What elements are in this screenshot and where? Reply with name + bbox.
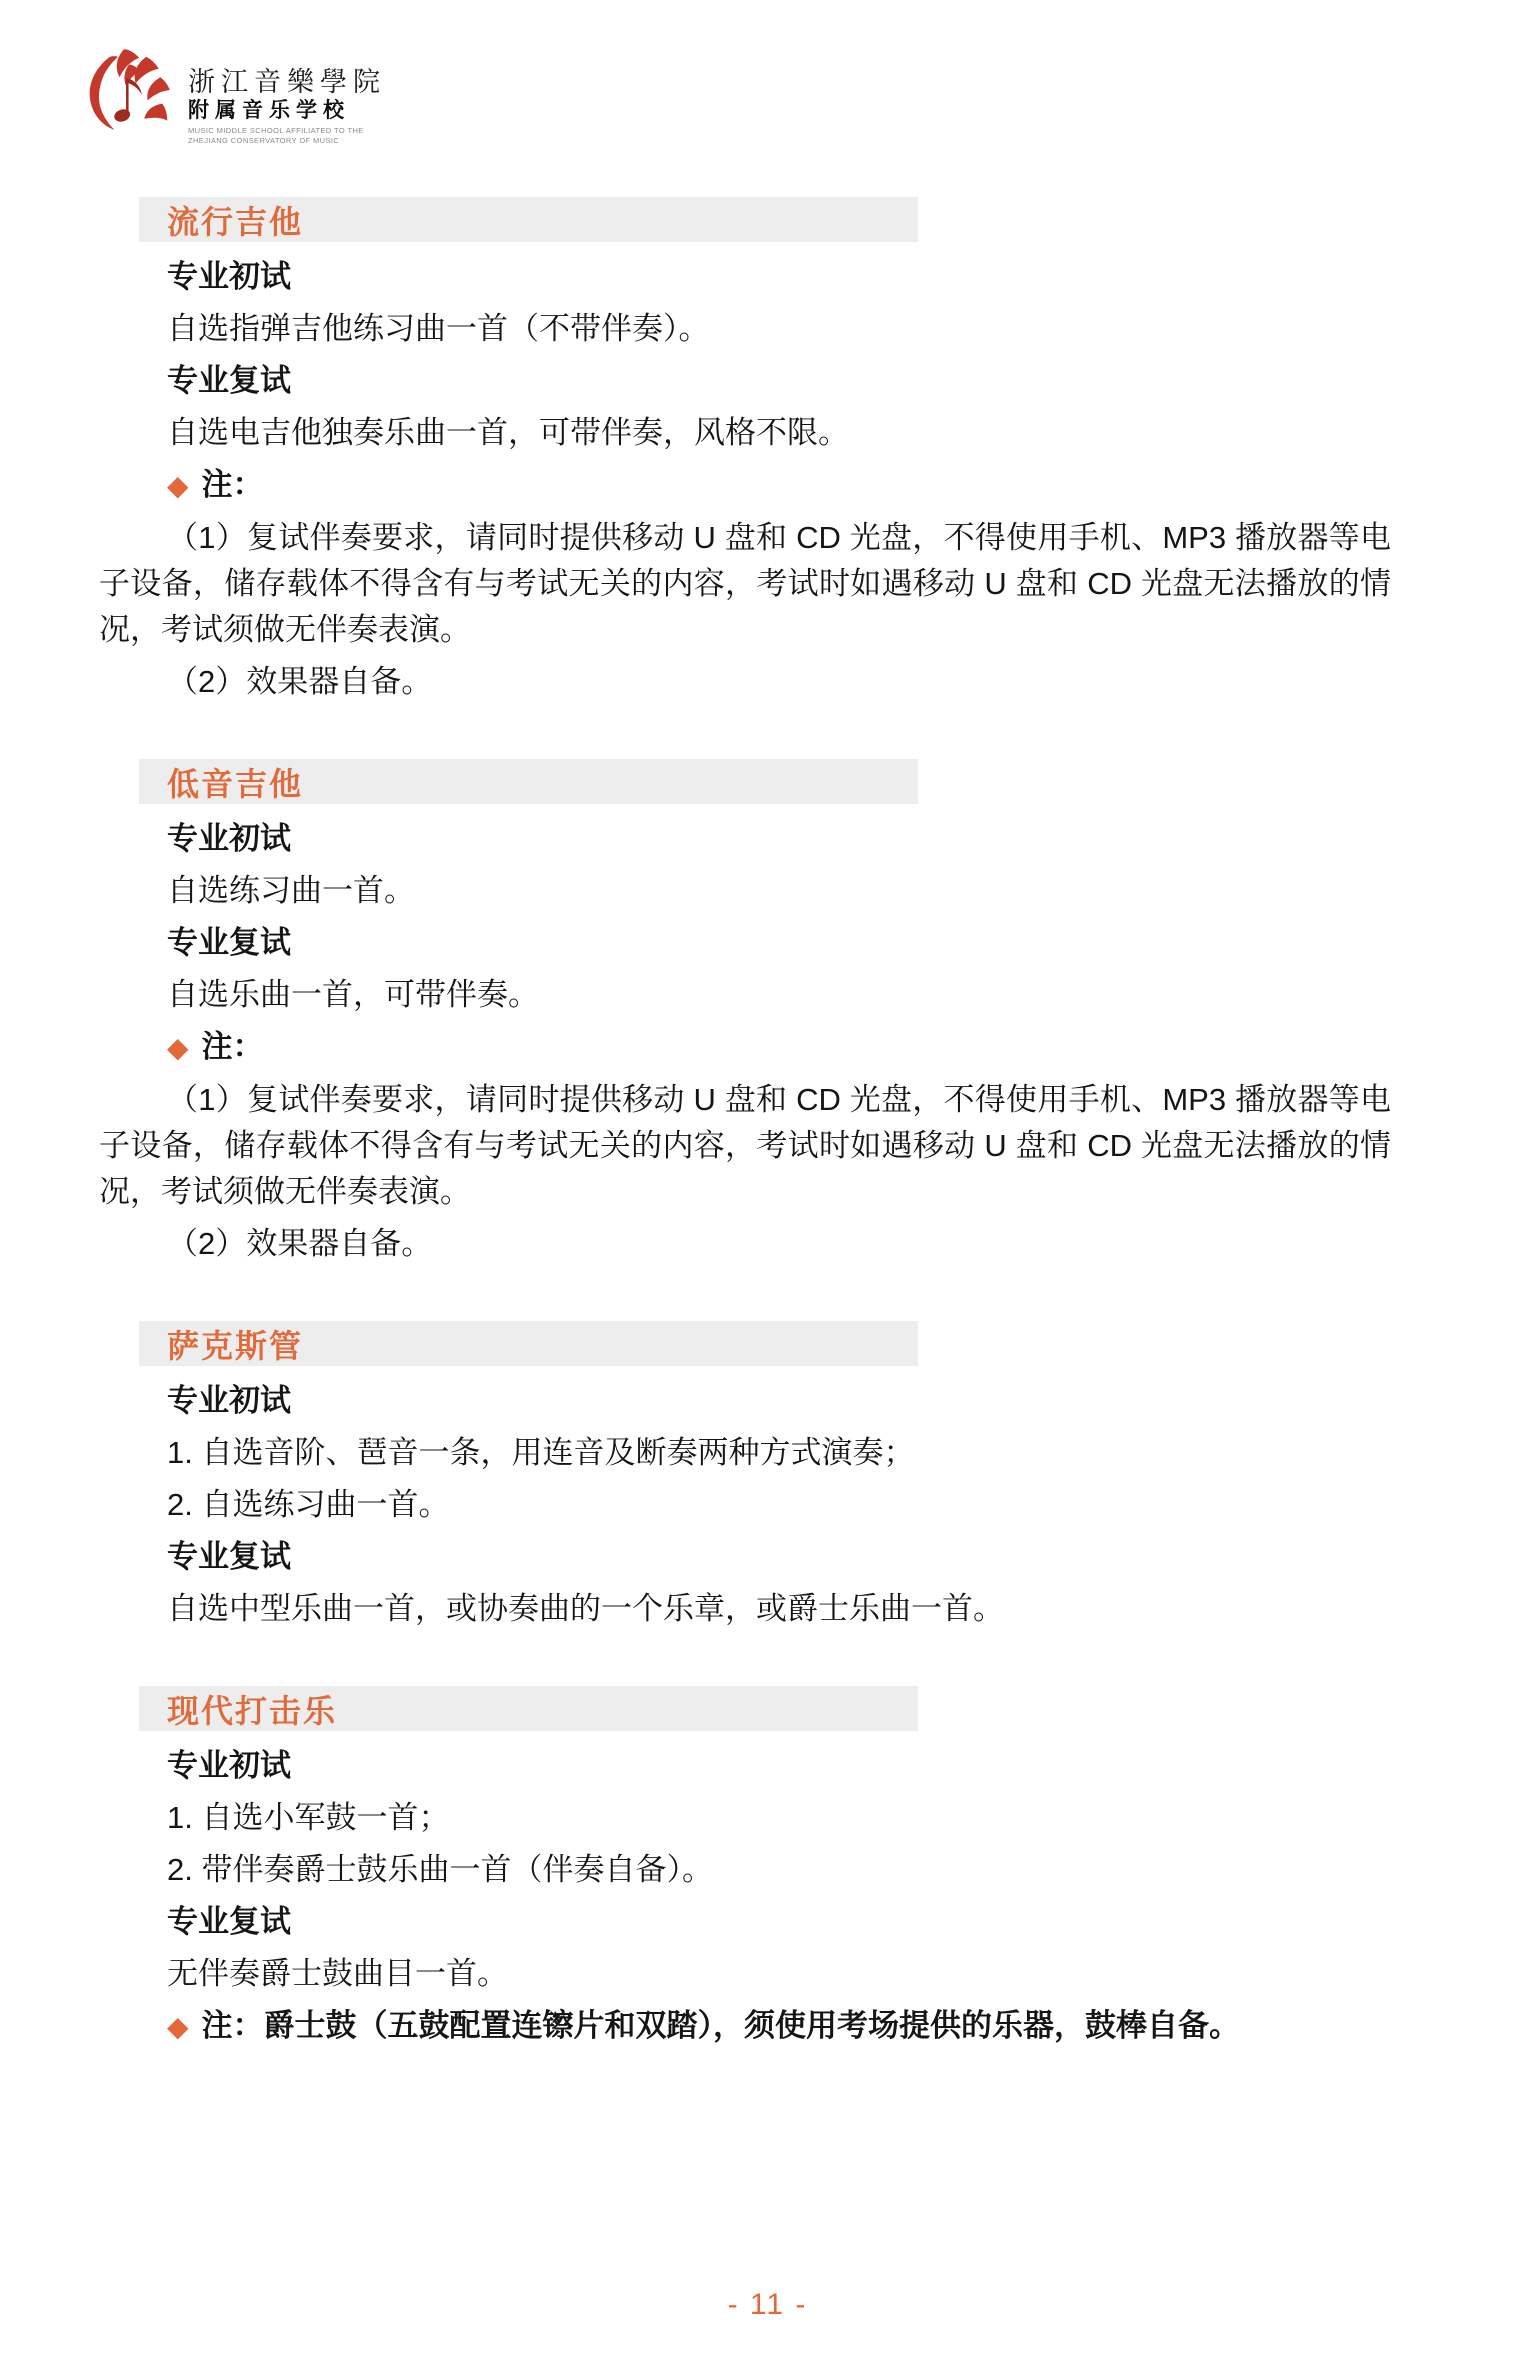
round2-label: 专业复试 [99,1899,1391,1945]
requirement-line: 自选中型乐曲一首，或协奏曲的一个乐章，或爵士乐曲一首。 [99,1586,1391,1632]
school-name-en: MUSIC MIDDLE SCHOOL AFFILIATED TO THE ZH… [188,126,386,145]
requirement-line: 自选指弹吉他练习曲一首（不带伴奏）。 [99,306,1391,352]
section-pop-guitar: 流行吉他 专业初试 自选指弹吉他练习曲一首（不带伴奏）。 专业复试 自选电吉他独… [99,197,1391,705]
section-title-bar: 现代打击乐 [139,1686,918,1731]
note-paragraph: （1）复试伴奏要求，请同时提供移动 U 盘和 CD 光盘，不得使用手机、MP3 … [99,515,1391,653]
round2-label: 专业复试 [99,920,1391,966]
round1-label: 专业初试 [99,254,1391,300]
exam-requirements-content: 流行吉他 专业初试 自选指弹吉他练习曲一首（不带伴奏）。 专业复试 自选电吉他独… [99,197,1391,2104]
section-body: 专业初试 1. 自选音阶、琶音一条，用连音及断奏两种方式演奏； 2. 自选练习曲… [99,1378,1391,1632]
section-title-bar: 低音吉他 [139,759,918,804]
section-body: 专业初试 1. 自选小军鼓一首； 2. 带伴奏爵士鼓乐曲一首（伴奏自备）。 专业… [99,1743,1391,2050]
round1-label: 专业初试 [99,1378,1391,1424]
round2-label: 专业复试 [99,358,1391,404]
school-name-en-line1: MUSIC MIDDLE SCHOOL AFFILIATED TO THE [188,126,386,136]
section-body: 专业初试 自选指弹吉他练习曲一首（不带伴奏）。 专业复试 自选电吉他独奏乐曲一首… [99,254,1391,705]
section-title-bar: 流行吉他 [139,197,918,242]
requirement-line: 1. 自选音阶、琶音一条，用连音及断奏两种方式演奏； [99,1430,1391,1476]
requirement-line: 1. 自选小军鼓一首； [99,1795,1391,1841]
section-title: 现代打击乐 [167,1686,337,1732]
requirement-line: 无伴奏爵士鼓曲目一首。 [99,1951,1391,1997]
requirement-line: 自选练习曲一首。 [99,868,1391,914]
school-logo: 浙江音樂學院 附属音乐学校 MUSIC MIDDLE SCHOOL AFFILI… [78,46,386,145]
note-label: 注： [202,1029,264,1064]
round1-label: 专业初试 [99,1743,1391,1789]
note-diamond-icon: ◆ [167,2010,189,2043]
requirement-line: 自选乐曲一首，可带伴奏。 [99,972,1391,1018]
note-heading: ◆注： [99,1024,1391,1071]
school-name-block: 浙江音樂學院 附属音乐学校 MUSIC MIDDLE SCHOOL AFFILI… [188,46,386,145]
requirement-line: 2. 带伴奏爵士鼓乐曲一首（伴奏自备）。 [99,1847,1391,1893]
page-number: - 11 - [0,2288,1535,2322]
section-bass-guitar: 低音吉他 专业初试 自选练习曲一首。 专业复试 自选乐曲一首，可带伴奏。 ◆注：… [99,759,1391,1267]
section-title: 低音吉他 [167,759,303,805]
round1-label: 专业初试 [99,816,1391,862]
school-name-calligraphy: 浙江音樂學院 [188,68,386,98]
section-modern-percussion: 现代打击乐 专业初试 1. 自选小军鼓一首； 2. 带伴奏爵士鼓乐曲一首（伴奏自… [99,1686,1391,2050]
note-heading: ◆注： [99,462,1391,509]
school-name-en-line2: ZHEJIANG CONSERVATORY OF MUSIC [188,136,386,146]
section-title: 流行吉他 [167,197,303,243]
school-name-zh: 附属音乐学校 [188,99,386,123]
section-saxophone: 萨克斯管 专业初试 1. 自选音阶、琶音一条，用连音及断奏两种方式演奏； 2. … [99,1321,1391,1632]
section-title: 萨克斯管 [167,1321,303,1367]
note-item: （2）效果器自备。 [99,659,1391,705]
note-label: 注： [202,467,264,502]
document-page: 浙江音樂學院 附属音乐学校 MUSIC MIDDLE SCHOOL AFFILI… [0,0,1535,2362]
note-item: （2）效果器自备。 [99,1221,1391,1267]
section-title-bar: 萨克斯管 [139,1321,918,1366]
note-heading: ◆注：爵士鼓（五鼓配置连镲片和双踏），须使用考场提供的乐器，鼓棒自备。 [99,2003,1391,2050]
note-diamond-icon: ◆ [167,1031,189,1064]
phoenix-music-note-icon [78,46,180,134]
section-body: 专业初试 自选练习曲一首。 专业复试 自选乐曲一首，可带伴奏。 ◆注： （1）复… [99,816,1391,1267]
note-diamond-icon: ◆ [167,469,189,502]
requirement-line: 自选电吉他独奏乐曲一首，可带伴奏，风格不限。 [99,410,1391,456]
requirement-line: 2. 自选练习曲一首。 [99,1482,1391,1528]
note-paragraph: （1）复试伴奏要求，请同时提供移动 U 盘和 CD 光盘，不得使用手机、MP3 … [99,1077,1391,1215]
round2-label: 专业复试 [99,1534,1391,1580]
note-text: 注：爵士鼓（五鼓配置连镲片和双踏），须使用考场提供的乐器，鼓棒自备。 [202,2008,1241,2043]
